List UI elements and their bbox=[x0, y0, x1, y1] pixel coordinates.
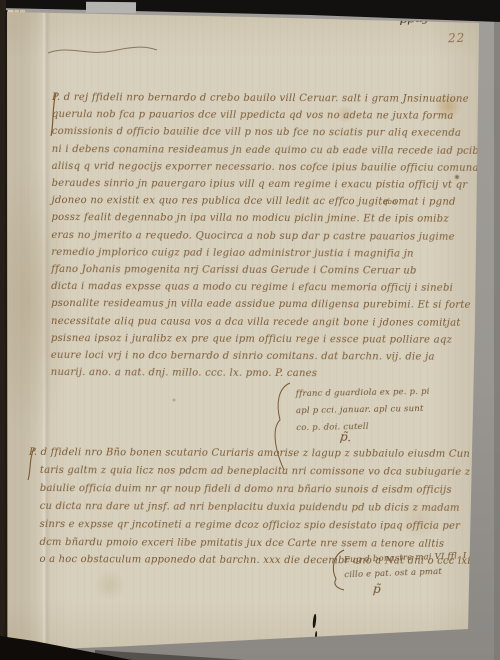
manuscript-text-line: beraudes sinrio jn pauergaro ipius vill … bbox=[52, 175, 464, 194]
manuscript-text-line: cillo e pat. ost a pmat bbox=[344, 564, 476, 584]
margin-note2-paragraph-mark: p̃ bbox=[373, 582, 382, 597]
manuscript-text-line: eras no jmerito a requedo. Quocirca a no… bbox=[51, 227, 463, 246]
margin-note1-paragraph-mark: p̃. bbox=[339, 429, 352, 444]
underlying-leaf-edge bbox=[86, 2, 136, 13]
manuscript-text-line: jdoneo no existit ex quo res publica dce… bbox=[51, 192, 463, 211]
manuscript-text-line: nuarij. ano. a nat. dnj. millo. ccc. lx.… bbox=[51, 364, 463, 383]
manuscript-text-line: comissionis d officio bauilie dce vill p… bbox=[52, 123, 464, 142]
manuscript-text-line: apl p cci. januar. apl cu sunt bbox=[296, 401, 430, 420]
manuscript-text-line: ni i debens conamina resideamus jn eade … bbox=[52, 141, 464, 160]
manuscript-text-line: sinrs e expsse qr jncotineti a regime dc… bbox=[40, 516, 480, 536]
folio-number: 22 bbox=[448, 31, 466, 46]
manuscript-text-line: querula nob fca p pauarios dce vill pped… bbox=[52, 106, 464, 125]
manuscript-text-line: euure loci vrj i no dco bernardo d sinri… bbox=[51, 347, 463, 366]
ink-blot bbox=[312, 614, 316, 628]
entry1-text-block: P. d rej ffideli nro bernardo d crebo ba… bbox=[51, 89, 464, 383]
manuscript-text-line: co. p. doi. cutell bbox=[296, 418, 430, 437]
margin-note2-text: Eug d bonastre mai VI ffl. I Xcillo e pa… bbox=[344, 549, 477, 584]
margin-note1-text: ffranc d guardiola ex pe. p. piapl p cci… bbox=[296, 384, 431, 437]
ink-blot-drip bbox=[315, 631, 318, 640]
manuscript-photo: pp̃uy 22 P. d rej ffideli nro bernardo d… bbox=[0, 0, 500, 660]
manuscript-text-line: P. d rej ffideli nro bernardo d crebo ba… bbox=[52, 89, 464, 108]
manuscript-text-line: taris galtm z quia licz nos pdcm ad bene… bbox=[40, 462, 480, 482]
manuscript-text-line: P. d ffideli nro Bño bonen scutario Curi… bbox=[40, 444, 480, 464]
manuscript-text-line: baiulie officia duim nr qr noup fideli d… bbox=[40, 480, 480, 500]
manuscript-text-line: possz fealit degennabo jn ipa villa no m… bbox=[51, 209, 463, 228]
manuscript-text-line: necessitate aliq pua causa vos a dca vil… bbox=[51, 313, 463, 332]
manuscript-text-line: aliisq q vrid negocijs exporrer necessar… bbox=[52, 158, 464, 177]
pen-flourish-line bbox=[46, 42, 161, 60]
manuscript-text-line: psisnea ipsoz i juralibz ex pre que ipm … bbox=[51, 330, 463, 349]
manuscript-text-line: psonalite resideamus jn villa eade assid… bbox=[51, 295, 463, 314]
manuscript-page: pp̃uy 22 P. d rej ffideli nro bernardo d… bbox=[0, 0, 500, 660]
manuscript-text-line: remedio jmplorico cuigz pad i legiao adm… bbox=[51, 244, 463, 263]
photo-right-edge-shading bbox=[494, 18, 500, 660]
manuscript-text-line: dicta i madas expsse quas a modo cu regi… bbox=[51, 278, 463, 297]
manuscript-text-line: cu dicta nra dare ut jnsf. ad nri benpla… bbox=[40, 498, 480, 518]
manuscript-text-line: ffano Johanis pmogenita nrj Carissi duas… bbox=[51, 261, 463, 280]
entry1-interline-note: qbo bbox=[383, 198, 396, 206]
